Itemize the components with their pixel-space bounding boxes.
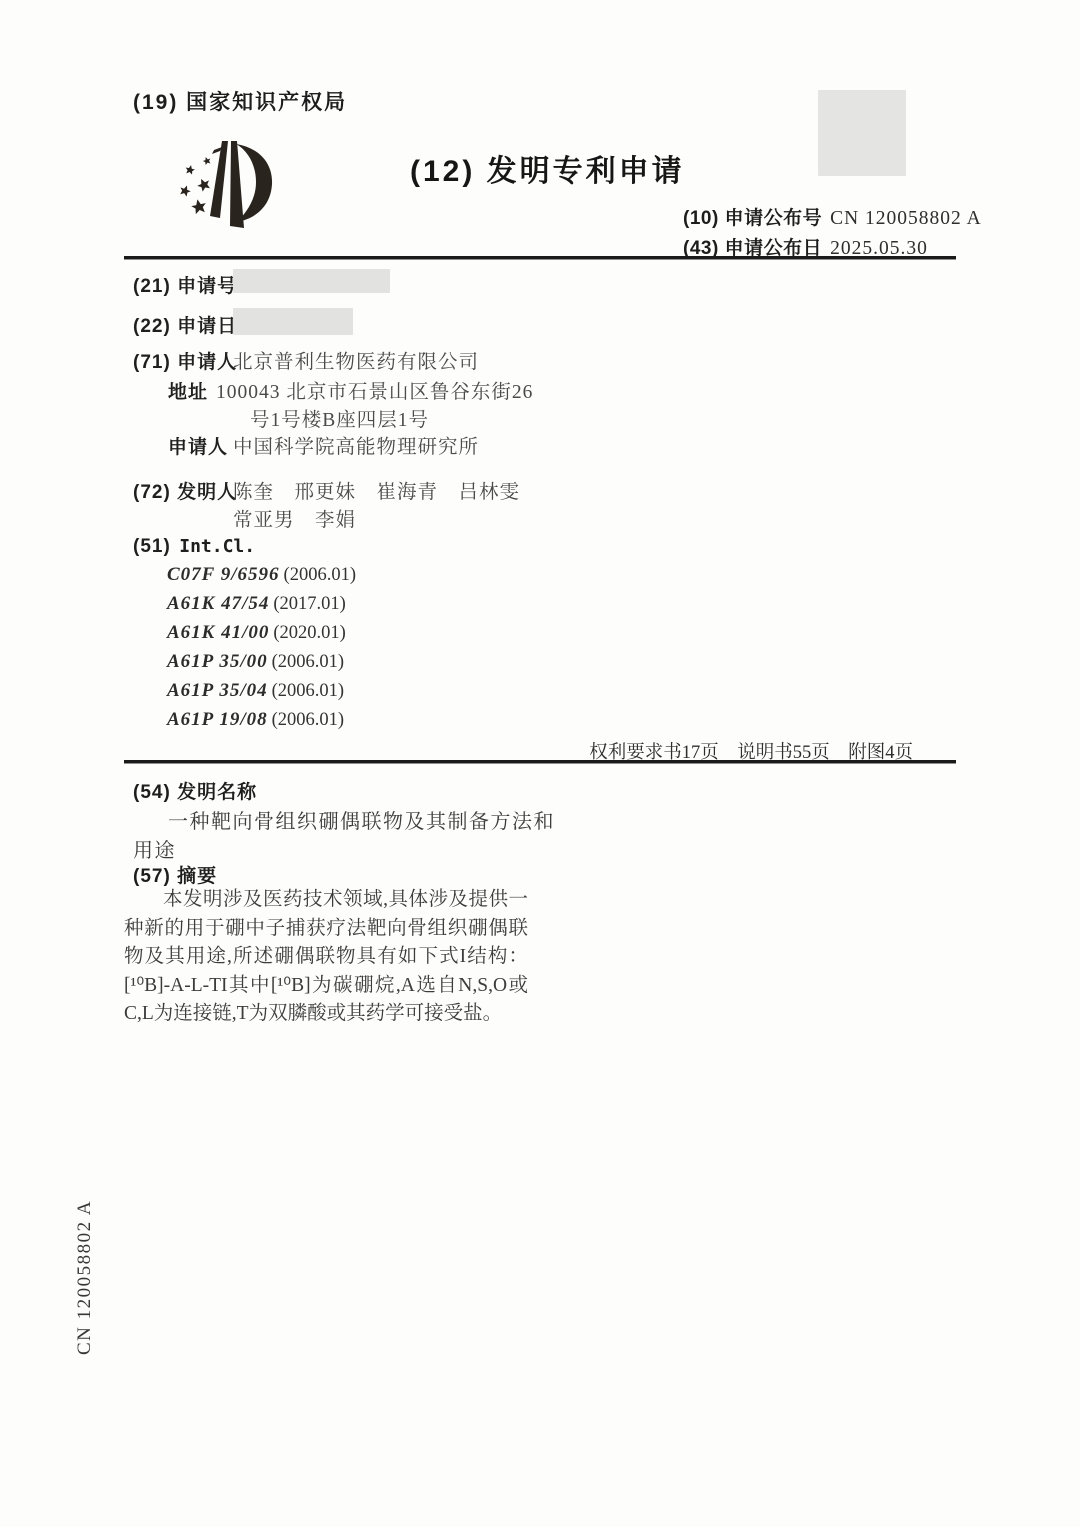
- classification-code: A61P 35/04: [167, 680, 268, 701]
- document-type-title: (12) 发明专利申请: [410, 146, 685, 190]
- intcl-row: (51) Int.Cl.: [133, 536, 255, 558]
- classification-row: A61K 41/00(2020.01): [167, 622, 346, 644]
- classification-version: (2006.01): [272, 681, 344, 701]
- applicant2-label: 申请人: [168, 432, 228, 459]
- inventors-label: (72) 发明人: [133, 477, 237, 504]
- applicant-name: 北京普利生物医药有限公司: [233, 346, 479, 374]
- inventors-line1: 陈奎 邢更妹 崔海青 吕林雯: [233, 476, 520, 504]
- inventors-line2: 常亚男 李娟: [233, 504, 356, 532]
- vertical-publication-id-text: CN 120058802 A: [74, 1200, 96, 1355]
- cnipa-logo-icon: [176, 138, 280, 232]
- application-number-redacted: [233, 269, 390, 293]
- classification-code: A61K 47/54: [167, 593, 269, 614]
- body-divider: [124, 760, 956, 764]
- invention-title-label: (54) 发明名称: [133, 777, 257, 804]
- classification-row: A61K 47/54(2017.01): [167, 593, 346, 615]
- invention-title-line2: 用途: [133, 834, 176, 863]
- publication-number-label: (10) 申请公布号: [683, 203, 822, 230]
- classification-version: (2017.01): [273, 594, 345, 614]
- publishing-office: (19) 国家知识产权局: [133, 86, 347, 116]
- classification-version: (2006.01): [272, 710, 344, 730]
- classification-row: A61P 35/04(2006.01): [167, 680, 344, 702]
- vertical-publication-id: CN 120058802 A: [94, 1213, 118, 1355]
- classification-version: (2020.01): [273, 623, 345, 643]
- application-number-label: (21) 申请号: [133, 271, 237, 298]
- invention-title-line1: 一种靶向骨组织硼偶联物及其制备方法和: [168, 805, 555, 834]
- patent-front-page: (19) 国家知识产权局 (12) 发明专利申请: [0, 0, 1080, 1527]
- address-label: 地址: [168, 377, 208, 404]
- address-line1: 100043 北京市石景山区鲁谷东街26: [216, 376, 533, 404]
- intcl-label: Int.Cl.: [179, 536, 255, 557]
- applicant2-name: 中国科学院高能物理研究所: [233, 431, 479, 459]
- publication-number-row: (10) 申请公布号 CN 120058802 A: [683, 203, 982, 230]
- classification-code: A61P 35/00: [167, 651, 268, 672]
- application-date-label: (22) 申请日: [133, 311, 237, 338]
- applicant-label: (71) 申请人: [133, 347, 237, 374]
- classification-code: A61K 41/00: [167, 622, 269, 643]
- publication-number-value: CN 120058802 A: [830, 208, 982, 230]
- abstract-label: (57) 摘要: [133, 861, 217, 888]
- classification-row: A61P 35/00(2006.01): [167, 651, 344, 673]
- classification-row: A61P 19/08(2006.01): [167, 709, 344, 731]
- classification-version: (2006.01): [272, 652, 344, 672]
- application-date-redacted: [233, 308, 353, 335]
- abstract-text: 本发明涉及医药技术领域,具体涉及提供一种新的用于硼中子捕获疗法靶向骨组织硼偶联物…: [124, 886, 528, 1029]
- blank-stamp-area: [818, 90, 906, 176]
- header-divider: [124, 256, 956, 260]
- classification-code: A61P 19/08: [167, 709, 268, 730]
- classification-version: (2006.01): [284, 565, 356, 585]
- address-line2: 号1号楼B座四层1号: [250, 404, 429, 432]
- classification-code: C07F 9/6596: [167, 564, 280, 585]
- classification-row: C07F 9/6596(2006.01): [167, 564, 356, 586]
- intcl-prefix: (51): [133, 536, 171, 557]
